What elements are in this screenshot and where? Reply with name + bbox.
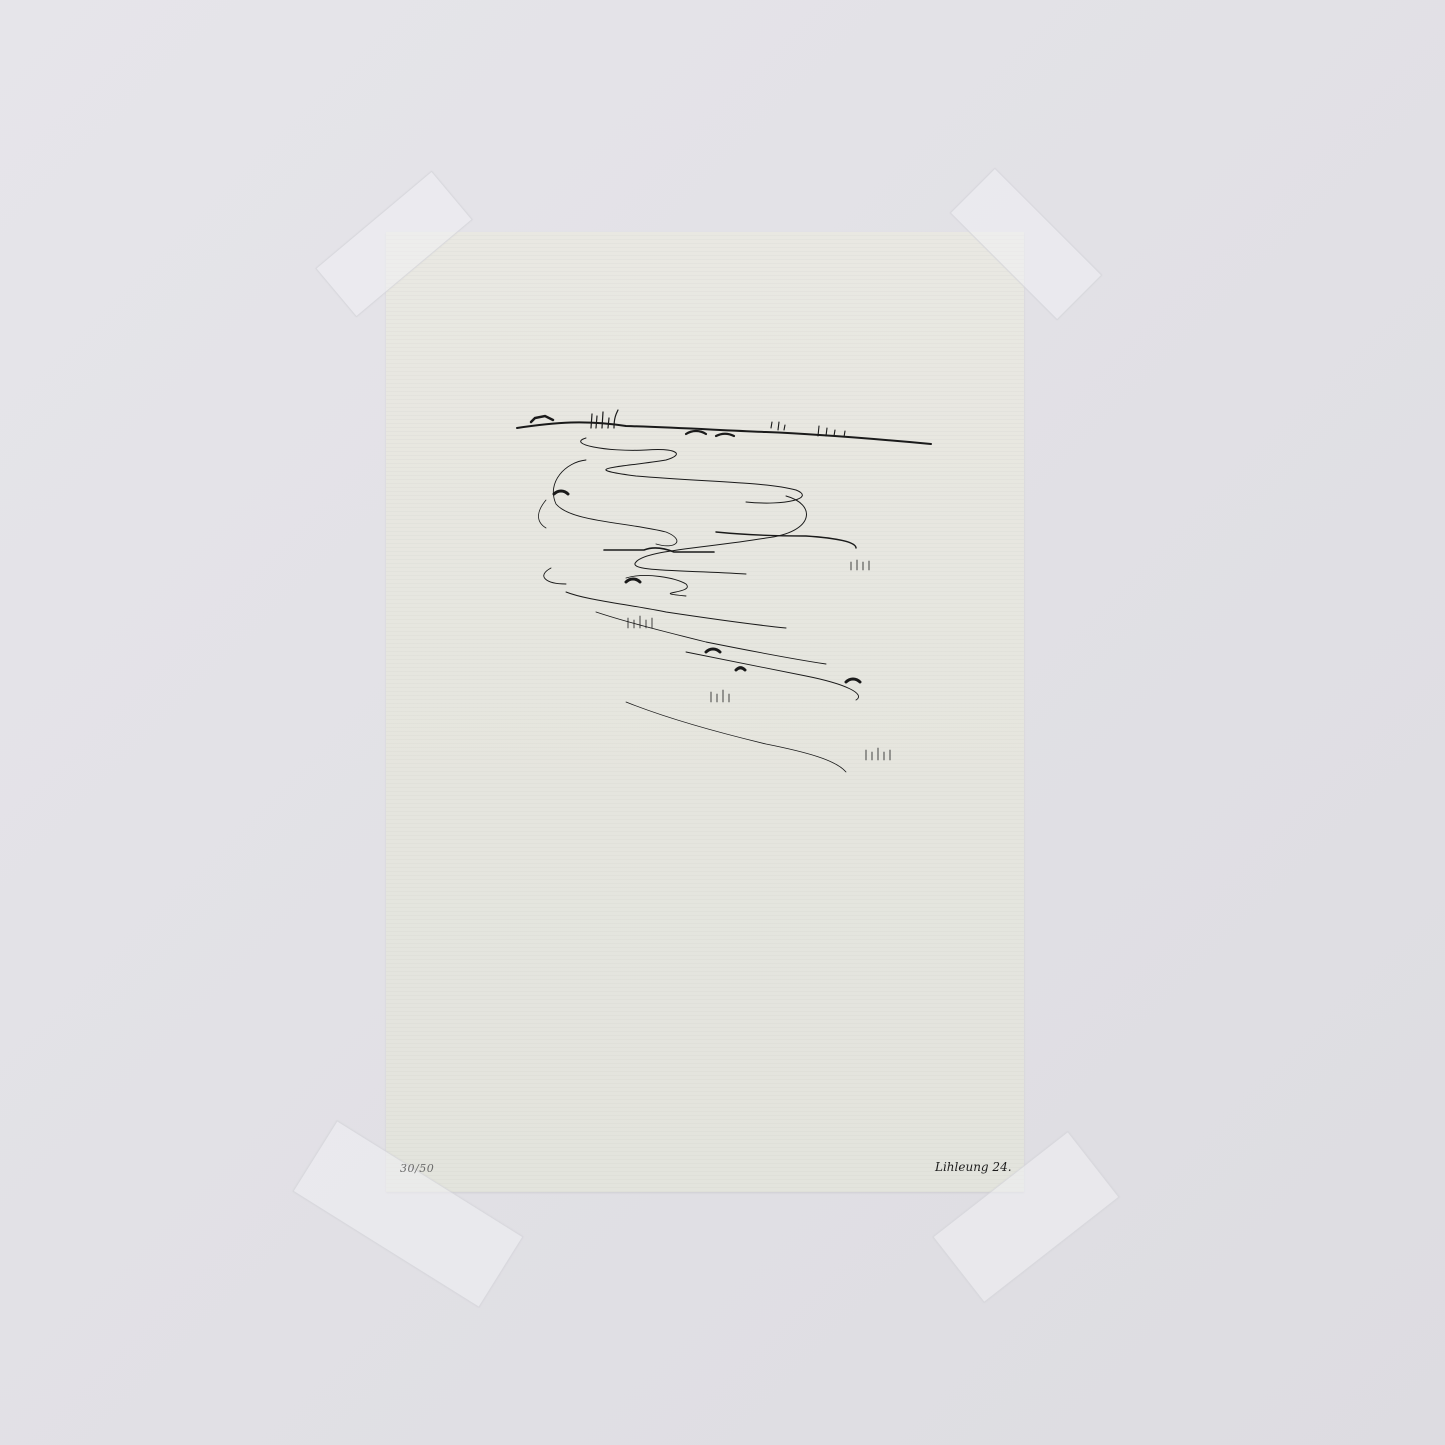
edition-number: 30/50 (400, 1162, 434, 1175)
artist-signature: Lihleung 24. (935, 1160, 1012, 1174)
wall-background: 30/50 Lihleung 24. (0, 0, 1445, 1445)
ink-drawing (386, 232, 1024, 1192)
